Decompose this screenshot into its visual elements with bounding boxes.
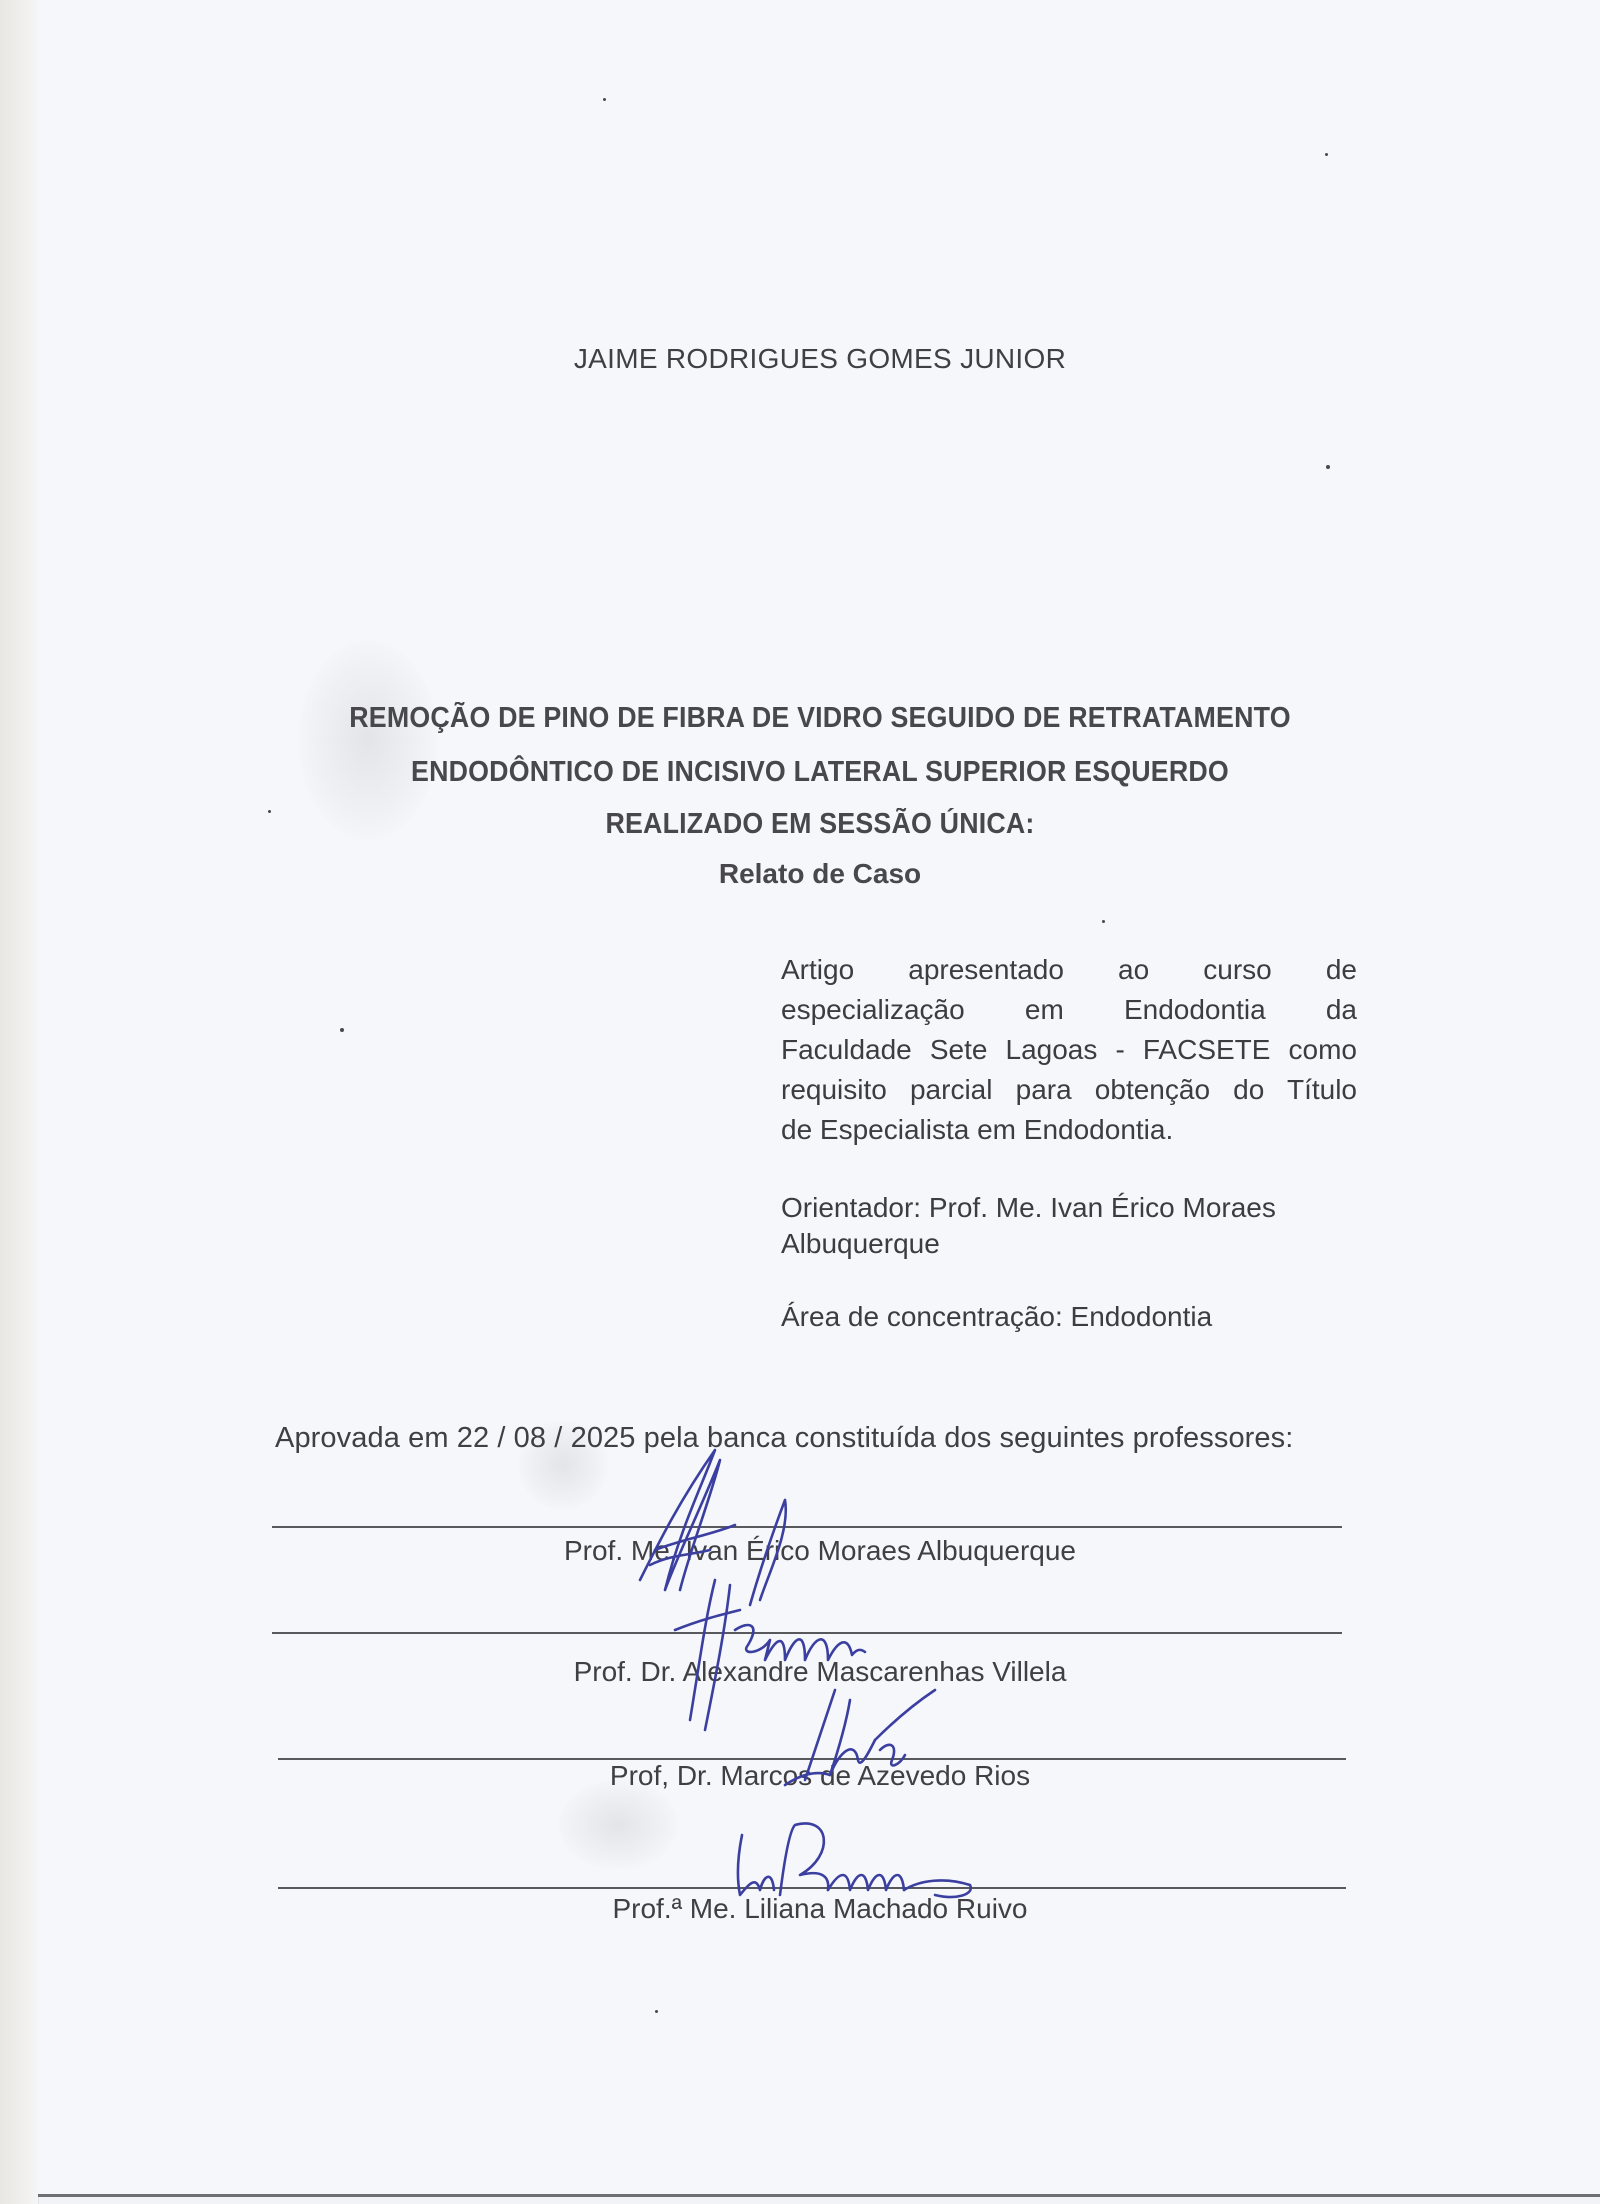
concentration-area-text: Área de concentração: Endodontia [781,1297,1357,1337]
scanner-edge-strip [0,0,39,2204]
title-line-1: REMOÇÃO DE PINO DE FIBRA DE VIDRO SEGUID… [49,702,1591,735]
scan-smudge [558,1780,678,1870]
dust-speck [655,2010,658,2013]
advisor-line: Orientador: Prof. Me. Ivan Érico Moraes [781,1190,1357,1226]
presentation-line: Artigo apresentado ao curso de [781,950,1357,990]
concentration-area: Área de concentração: Endodontia [781,1297,1357,1337]
dust-speck [1325,153,1328,156]
subtitle: Relato de Caso [0,858,1600,890]
presentation-line: Faculdade Sete Lagoas - FACSETE como [781,1030,1357,1070]
advisor-note: Orientador: Prof. Me. Ivan Érico Moraes … [781,1190,1357,1262]
dust-speck [603,98,606,101]
dust-speck [1102,920,1105,923]
presentation-line: requisito parcial para obtenção do Títul… [781,1070,1357,1110]
title-line-2: ENDODÔNTICO DE INCISIVO LATERAL SUPERIOR… [49,756,1591,789]
presentation-note: Artigo apresentado ao curso de especiali… [781,950,1357,1150]
title-line-3: REALIZADO EM SESSÃO ÚNICA: [49,808,1591,841]
dust-speck [340,1028,344,1032]
presentation-line: especialização em Endodontia da [781,990,1357,1030]
advisor-line: Albuquerque [781,1226,1357,1262]
signature-3-handwriting [780,1680,950,1790]
dust-speck [1326,465,1330,469]
signature-4-handwriting [730,1815,1020,1910]
author-name: JAIME RODRIGUES GOMES JUNIOR [0,343,1600,375]
presentation-line: de Especialista em Endodontia. [781,1110,1357,1150]
